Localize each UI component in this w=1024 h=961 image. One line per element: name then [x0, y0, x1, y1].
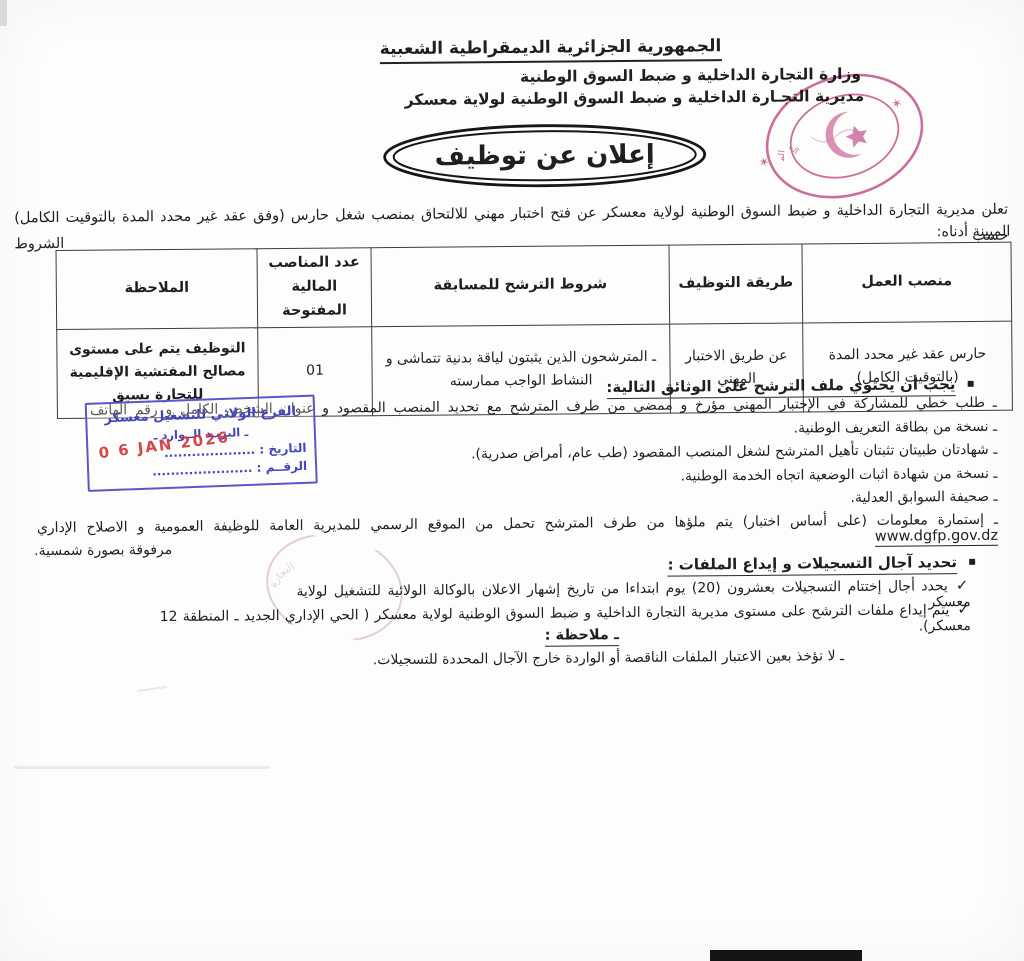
document-content: الجمهورية الجزائرية الديمقراطية الشعبية … [0, 0, 1024, 961]
document-item-medical-certificates: ـ شهادتان طبيتان تثبتان تأهيل المترشح لش… [471, 442, 997, 463]
registry-stamp-box: الفرع الولائي للتشغيل معسكر ـ البريـد ال… [85, 395, 318, 492]
note-heading: ـ ملاحظة : [545, 627, 619, 647]
deadlines-section-heading: ▪ تحديد آجال التسجيلات و إيداع الملفات : [667, 552, 976, 577]
vacancy-table-header-row: منصب العمل طريقة التوظيف شروط الترشح للم… [56, 242, 1012, 329]
crescent-star-icon [820, 107, 874, 163]
intro-paragraph-line2: المبينة أدناه: [937, 224, 1011, 241]
scan-edge-artifact [0, 0, 7, 26]
square-bullet-icon: ▪ [966, 376, 974, 390]
header-conditions: شروط الترشح للمسابقة [371, 245, 670, 326]
banner-title: إعلان عن توظيف [380, 121, 709, 190]
document-item-national-service: ـ نسخة من شهادة اثبات الوضعية اتجاه الخد… [680, 466, 997, 485]
header-note: الملاحظة [56, 249, 258, 330]
checkmark-icon: ✓ [957, 600, 971, 618]
republic-title: الجمهورية الجزائرية الديمقراطية الشعبية [380, 36, 722, 64]
document-item-photo-suffix: مرفوقة بصورة شمسية. [34, 542, 172, 559]
document-item-criminal-record: ـ صحيفة السوابق العدلية. [850, 489, 997, 506]
official-round-stamp: المديرية الولائية للتجارة ـ معسكر المدير… [757, 66, 932, 206]
square-bullet-icon: ▪ [968, 554, 976, 568]
information-form-text: ـ إستمارة معلومات (على أساس اختبار) يتم … [37, 512, 998, 536]
document-item-information-form: ـ إستمارة معلومات (على أساس اختبار) يتم … [37, 512, 998, 552]
header-count: عدد المناصب المالية المفتوحة [257, 248, 372, 328]
note-body: ـ لا تؤخذ بعين الاعتبار الملفات الناقصة … [373, 648, 844, 668]
document-item-id-copy: ـ نسخة من بطاقة التعريف الوطنية. [794, 419, 998, 437]
checkmark-icon: ✓ [956, 576, 971, 594]
round-stamp-graphic: المديرية الولائية للتجارة ـ معسكر المدير… [757, 66, 932, 206]
header-method: طريقة التوظيف [669, 244, 803, 324]
dgfp-website-url: www.dgfp.gov.dz [875, 528, 998, 547]
deadlines-heading-text: تحديد آجال التسجيلات و إيداع الملفات : [667, 553, 957, 577]
note-heading-text: ـ ملاحظة : [545, 627, 619, 647]
announcement-banner: إعلان عن توظيف [380, 121, 709, 190]
scan-artifact-bar [710, 950, 862, 961]
republic-title-text: الجمهورية الجزائرية الديمقراطية الشعبية [380, 36, 722, 64]
header-position: منصب العمل [802, 242, 1012, 323]
scan-smudge-line [14, 766, 270, 769]
scanned-job-announcement-page: الجمهورية الجزائرية الديمقراطية الشعبية … [0, 0, 1024, 961]
